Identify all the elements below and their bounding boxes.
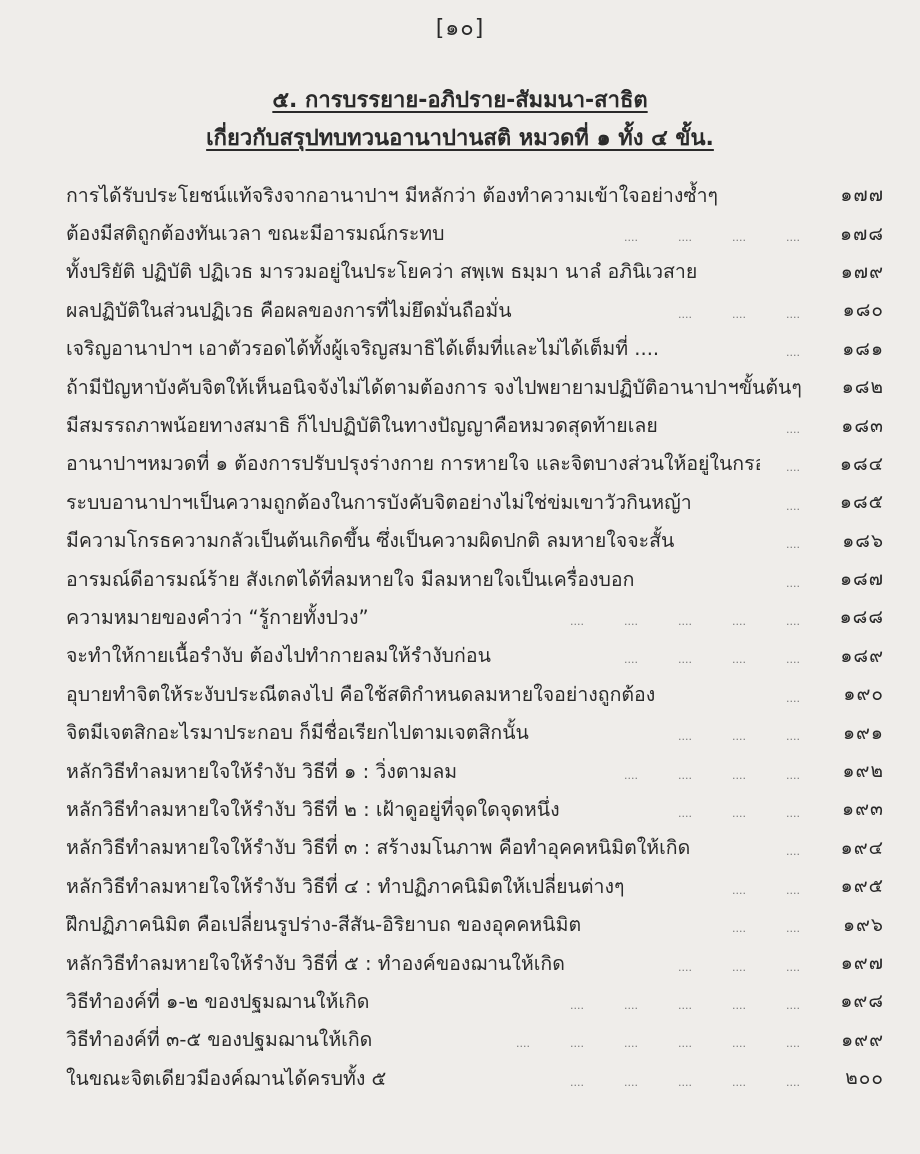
toc-entry-page: ๑๘๘ xyxy=(826,602,884,632)
toc-entry-title: หลักวิธีทำลมหายใจให้รำงับ วิธีที่ ๓ : สร… xyxy=(66,832,690,863)
toc-entry-title: ผลปฏิบัติในส่วนปฏิเวธ คือผลของการที่ไม่ย… xyxy=(66,295,512,326)
leader-dots: .... xyxy=(766,999,820,1012)
leader-dots: .... xyxy=(766,231,820,244)
leader-dots: .... xyxy=(712,615,766,628)
leader-dots: .... xyxy=(496,1037,550,1050)
leader-dots: .... xyxy=(766,807,820,820)
leader-dots: .... xyxy=(712,730,766,743)
toc-entry: ทั้งปริยัติ ปฏิบัติ ปฏิเวธ มารวมอยู่ในปร… xyxy=(66,253,884,291)
leader-dots: .... xyxy=(712,1037,766,1050)
toc-entry-title: ความหมายของคำว่า “รู้กายทั้งปวง” xyxy=(66,602,369,633)
toc-entry: หลักวิธีทำลมหายใจให้รำงับ วิธีที่ ๕ : ทำ… xyxy=(66,944,884,982)
leader-dots: .... xyxy=(766,346,820,359)
toc-entry-title: อานาปาฯหมวดที่ ๑ ต้องการปรับปรุงร่างกาย … xyxy=(66,448,760,479)
leader-dots: .... xyxy=(658,1037,712,1050)
dot-leader: .... xyxy=(664,415,820,436)
toc-entry-page: ๑๙๕ xyxy=(826,871,884,901)
dot-leader: ........ xyxy=(587,914,820,935)
toc-entry-page: ๑๙๒ xyxy=(826,756,884,786)
toc-entry-title: การได้รับประโยชน์แท้จริงจากอานาปาฯ มีหลั… xyxy=(66,180,718,211)
toc-entry-page: ๑๘๙ xyxy=(826,641,884,671)
dot-leader: .... xyxy=(640,569,820,590)
toc-entry-page: ๑๗๘ xyxy=(826,219,884,249)
dot-leader: .... xyxy=(680,530,820,551)
toc-entry-title: เจริญอานาปาฯ เอาตัวรอดได้ทั้งผู้เจริญสมา… xyxy=(66,333,659,364)
toc-entry: หลักวิธีทำลมหายใจให้รำงับ วิธีที่ ๒ : เฝ… xyxy=(66,790,884,828)
dot-leader: ............ xyxy=(566,799,820,820)
toc-entry-page: ๑๙๙ xyxy=(826,1025,884,1055)
leader-dots: .... xyxy=(658,615,712,628)
toc-entry-page: ๑๙๑ xyxy=(826,718,884,748)
leader-dots: .... xyxy=(658,231,712,244)
page-number: [๑๐] xyxy=(0,10,920,45)
dot-leader: .................... xyxy=(375,607,820,628)
leader-dots: .... xyxy=(604,1037,658,1050)
toc-entry: วิธีทำองค์ที่ ๓-๕ ของปฐมฌานให้เกิด......… xyxy=(66,1021,884,1059)
leader-dots: .... xyxy=(658,730,712,743)
leader-dots: .... xyxy=(766,423,820,436)
leader-dots: .... xyxy=(766,500,820,513)
leader-dots: .... xyxy=(766,922,820,935)
toc-entry-title: จิตมีเจตสิกอะไรมาประกอบ ก็มีชื่อเรียกไปต… xyxy=(66,717,529,748)
section-heading-line-2: เกี่ยวกับสรุปทบทวนอานาปานสติ หมวดที่ ๑ ท… xyxy=(0,120,920,155)
dot-leader: ................ xyxy=(451,223,820,244)
toc-entry-title: วิธีทำองค์ที่ ๓-๕ ของปฐมฌานให้เกิด xyxy=(66,1024,372,1055)
toc-entry: ผลปฏิบัติในส่วนปฏิเวธ คือผลของการที่ไม่ย… xyxy=(66,291,884,329)
dot-leader: .... xyxy=(698,492,820,513)
leader-dots: .... xyxy=(712,769,766,782)
toc-entry: หลักวิธีทำลมหายใจให้รำงับ วิธีที่ ๔ : ทำ… xyxy=(66,867,884,905)
toc-entry-page: ๑๘๓ xyxy=(826,411,884,441)
toc-entry-title: จะทำให้กายเนื้อรำงับ ต้องไปทำกายลมให้รำง… xyxy=(66,640,491,671)
toc-entry: เจริญอานาปาฯ เอาตัวรอดได้ทั้งผู้เจริญสมา… xyxy=(66,330,884,368)
toc-entry-title: ในขณะจิตเดียวมีองค์ฌานได้ครบทั้ง ๕ xyxy=(66,1063,386,1094)
leader-dots: .... xyxy=(658,769,712,782)
toc-entry: ความหมายของคำว่า “รู้กายทั้งปวง”........… xyxy=(66,598,884,636)
leader-dots: .... xyxy=(550,1076,604,1089)
dot-leader: .................... xyxy=(375,991,820,1012)
leader-dots: .... xyxy=(658,308,712,321)
toc-entry: ฝึกปฏิภาคนิมิต คือเปลี่ยนรูปร่าง-สีสัน-อ… xyxy=(66,905,884,943)
dot-leader: ................ xyxy=(463,761,820,782)
leader-dots: .... xyxy=(658,1076,712,1089)
leader-dots: .... xyxy=(766,692,820,705)
dot-leader: ........ xyxy=(630,876,820,897)
dot-leader xyxy=(808,383,820,391)
toc-entry-title: อุบายทำจิตให้ระงับประณีตลงไป คือใช้สติกำ… xyxy=(66,679,655,710)
dot-leader xyxy=(703,268,820,276)
toc-entry: มีสมรรถภาพน้อยทางสมาธิ ก็ไปปฏิบัติในทางป… xyxy=(66,406,884,444)
dot-leader: ............ xyxy=(535,722,820,743)
toc-entry-page: ๒๐๐ xyxy=(826,1063,884,1093)
toc-entry: ต้องมีสติถูกต้องทันเวลา ขณะมีอารมณ์กระทบ… xyxy=(66,214,884,252)
leader-dots: .... xyxy=(766,577,820,590)
leader-dots: .... xyxy=(766,615,820,628)
leader-dots: .... xyxy=(550,1037,604,1050)
leader-dots: .... xyxy=(766,1076,820,1089)
leader-dots: .... xyxy=(604,999,658,1012)
toc-entry-title: หลักวิธีทำลมหายใจให้รำงับ วิธีที่ ๒ : เฝ… xyxy=(66,794,560,825)
toc-entry-title: มีความโกรธความกลัวเป็นต้นเกิดขึ้น ซึ่งเป… xyxy=(66,525,674,556)
toc-entry: ระบบอานาปาฯเป็นความถูกต้องในการบังคับจิต… xyxy=(66,483,884,521)
toc-entry-page: ๑๙๐ xyxy=(826,679,884,709)
toc-entry: จะทำให้กายเนื้อรำงับ ต้องไปทำกายลมให้รำง… xyxy=(66,637,884,675)
toc-entry-title: หลักวิธีทำลมหายใจให้รำงับ วิธีที่ ๔ : ทำ… xyxy=(66,871,624,902)
toc-entry-title: ระบบอานาปาฯเป็นความถูกต้องในการบังคับจิต… xyxy=(66,487,692,518)
dot-leader: .... xyxy=(766,453,820,474)
leader-dots: .... xyxy=(766,845,820,858)
leader-dots: .... xyxy=(658,653,712,666)
table-of-contents: การได้รับประโยชน์แท้จริงจากอานาปาฯ มีหลั… xyxy=(66,176,884,1097)
toc-entry: ถ้ามีปัญหาบังคับจิตให้เห็นอนิจจังไม่ได้ต… xyxy=(66,368,884,406)
toc-entry-page: ๑๘๔ xyxy=(826,449,884,479)
toc-entry-page: ๑๘๗ xyxy=(826,564,884,594)
leader-dots: .... xyxy=(766,1037,820,1050)
dot-leader: .... xyxy=(696,837,820,858)
leader-dots: .... xyxy=(712,807,766,820)
toc-entry-title: อารมณ์ดีอารมณ์ร้าย สังเกตได้ที่ลมหายใจ ม… xyxy=(66,564,634,595)
toc-entry-title: หลักวิธีทำลมหายใจให้รำงับ วิธีที่ ๑ : วิ… xyxy=(66,756,457,787)
leader-dots: .... xyxy=(550,615,604,628)
toc-entry-page: ๑๘๒ xyxy=(826,372,884,402)
toc-entry: อารมณ์ดีอารมณ์ร้าย สังเกตได้ที่ลมหายใจ ม… xyxy=(66,560,884,598)
leader-dots: .... xyxy=(712,308,766,321)
toc-entry-title: ทั้งปริยัติ ปฏิบัติ ปฏิเวธ มารวมอยู่ในปร… xyxy=(66,256,697,287)
leader-dots: .... xyxy=(712,231,766,244)
dot-leader: ............ xyxy=(571,953,820,974)
toc-entry-page: ๑๘๑ xyxy=(826,334,884,364)
leader-dots: .... xyxy=(550,999,604,1012)
toc-entry: การได้รับประโยชน์แท้จริงจากอานาปาฯ มีหลั… xyxy=(66,176,884,214)
toc-entry: ในขณะจิตเดียวมีองค์ฌานได้ครบทั้ง ๕......… xyxy=(66,1059,884,1097)
leader-dots: .... xyxy=(766,730,820,743)
toc-entry: มีความโกรธความกลัวเป็นต้นเกิดขึ้น ซึ่งเป… xyxy=(66,522,884,560)
toc-entry-title: วิธีทำองค์ที่ ๑-๒ ของปฐมฌานให้เกิด xyxy=(66,986,369,1017)
toc-entry-page: ๑๙๔ xyxy=(826,833,884,863)
leader-dots: .... xyxy=(766,308,820,321)
toc-entry-page: ๑๙๖ xyxy=(826,910,884,940)
leader-dots: .... xyxy=(712,922,766,935)
toc-entry: จิตมีเจตสิกอะไรมาประกอบ ก็มีชื่อเรียกไปต… xyxy=(66,713,884,751)
leader-dots: .... xyxy=(766,538,820,551)
leader-dots: .... xyxy=(766,961,820,974)
toc-entry: หลักวิธีทำลมหายใจให้รำงับ วิธีที่ ๑ : วิ… xyxy=(66,752,884,790)
toc-entry: อานาปาฯหมวดที่ ๑ ต้องการปรับปรุงร่างกาย … xyxy=(66,445,884,483)
dot-leader: .... xyxy=(661,684,820,705)
dot-leader: .... xyxy=(665,338,820,359)
toc-entry-title: ต้องมีสติถูกต้องทันเวลา ขณะมีอารมณ์กระทบ xyxy=(66,218,445,249)
leader-dots: .... xyxy=(712,961,766,974)
toc-entry-page: ๑๙๘ xyxy=(826,986,884,1016)
leader-dots: .... xyxy=(712,884,766,897)
toc-entry: หลักวิธีทำลมหายใจให้รำงับ วิธีที่ ๓ : สร… xyxy=(66,829,884,867)
dot-leader: .................... xyxy=(392,1068,820,1089)
toc-entry-page: ๑๗๙ xyxy=(826,257,884,287)
leader-dots: .... xyxy=(604,769,658,782)
leader-dots: .... xyxy=(766,884,820,897)
toc-entry: อุบายทำจิตให้ระงับประณีตลงไป คือใช้สติกำ… xyxy=(66,675,884,713)
dot-leader: ............ xyxy=(518,300,820,321)
toc-entry-page: ๑๘๕ xyxy=(826,487,884,517)
leader-dots: .... xyxy=(604,653,658,666)
leader-dots: .... xyxy=(658,999,712,1012)
leader-dots: .... xyxy=(712,1076,766,1089)
leader-dots: .... xyxy=(658,961,712,974)
dot-leader: ................ xyxy=(497,645,820,666)
section-heading-line-1: ๕. การบรรยาย-อภิปราย-สัมมนา-สาธิต xyxy=(0,82,920,117)
leader-dots: .... xyxy=(604,231,658,244)
toc-entry: วิธีทำองค์ที่ ๑-๒ ของปฐมฌานให้เกิด......… xyxy=(66,982,884,1020)
dot-leader xyxy=(724,191,820,199)
leader-dots: .... xyxy=(604,615,658,628)
leader-dots: .... xyxy=(712,999,766,1012)
toc-entry-page: ๑๘๐ xyxy=(826,295,884,325)
toc-entry-title: หลักวิธีทำลมหายใจให้รำงับ วิธีที่ ๕ : ทำ… xyxy=(66,948,565,979)
toc-entry-page: ๑๙๓ xyxy=(826,794,884,824)
toc-entry-title: มีสมรรถภาพน้อยทางสมาธิ ก็ไปปฏิบัติในทางป… xyxy=(66,410,658,441)
dot-leader: ........................ xyxy=(378,1029,820,1050)
leader-dots: .... xyxy=(766,769,820,782)
toc-entry-page: ๑๘๖ xyxy=(826,526,884,556)
toc-entry-page: ๑๙๗ xyxy=(826,948,884,978)
leader-dots: .... xyxy=(712,653,766,666)
toc-entry-page: ๑๗๗ xyxy=(826,180,884,210)
leader-dots: .... xyxy=(766,653,820,666)
leader-dots: .... xyxy=(658,807,712,820)
toc-entry-title: ฝึกปฏิภาคนิมิต คือเปลี่ยนรูปร่าง-สีสัน-อ… xyxy=(66,909,581,940)
leader-dots: .... xyxy=(766,461,820,474)
toc-entry-title: ถ้ามีปัญหาบังคับจิตให้เห็นอนิจจังไม่ได้ต… xyxy=(66,372,802,403)
leader-dots: .... xyxy=(604,1076,658,1089)
